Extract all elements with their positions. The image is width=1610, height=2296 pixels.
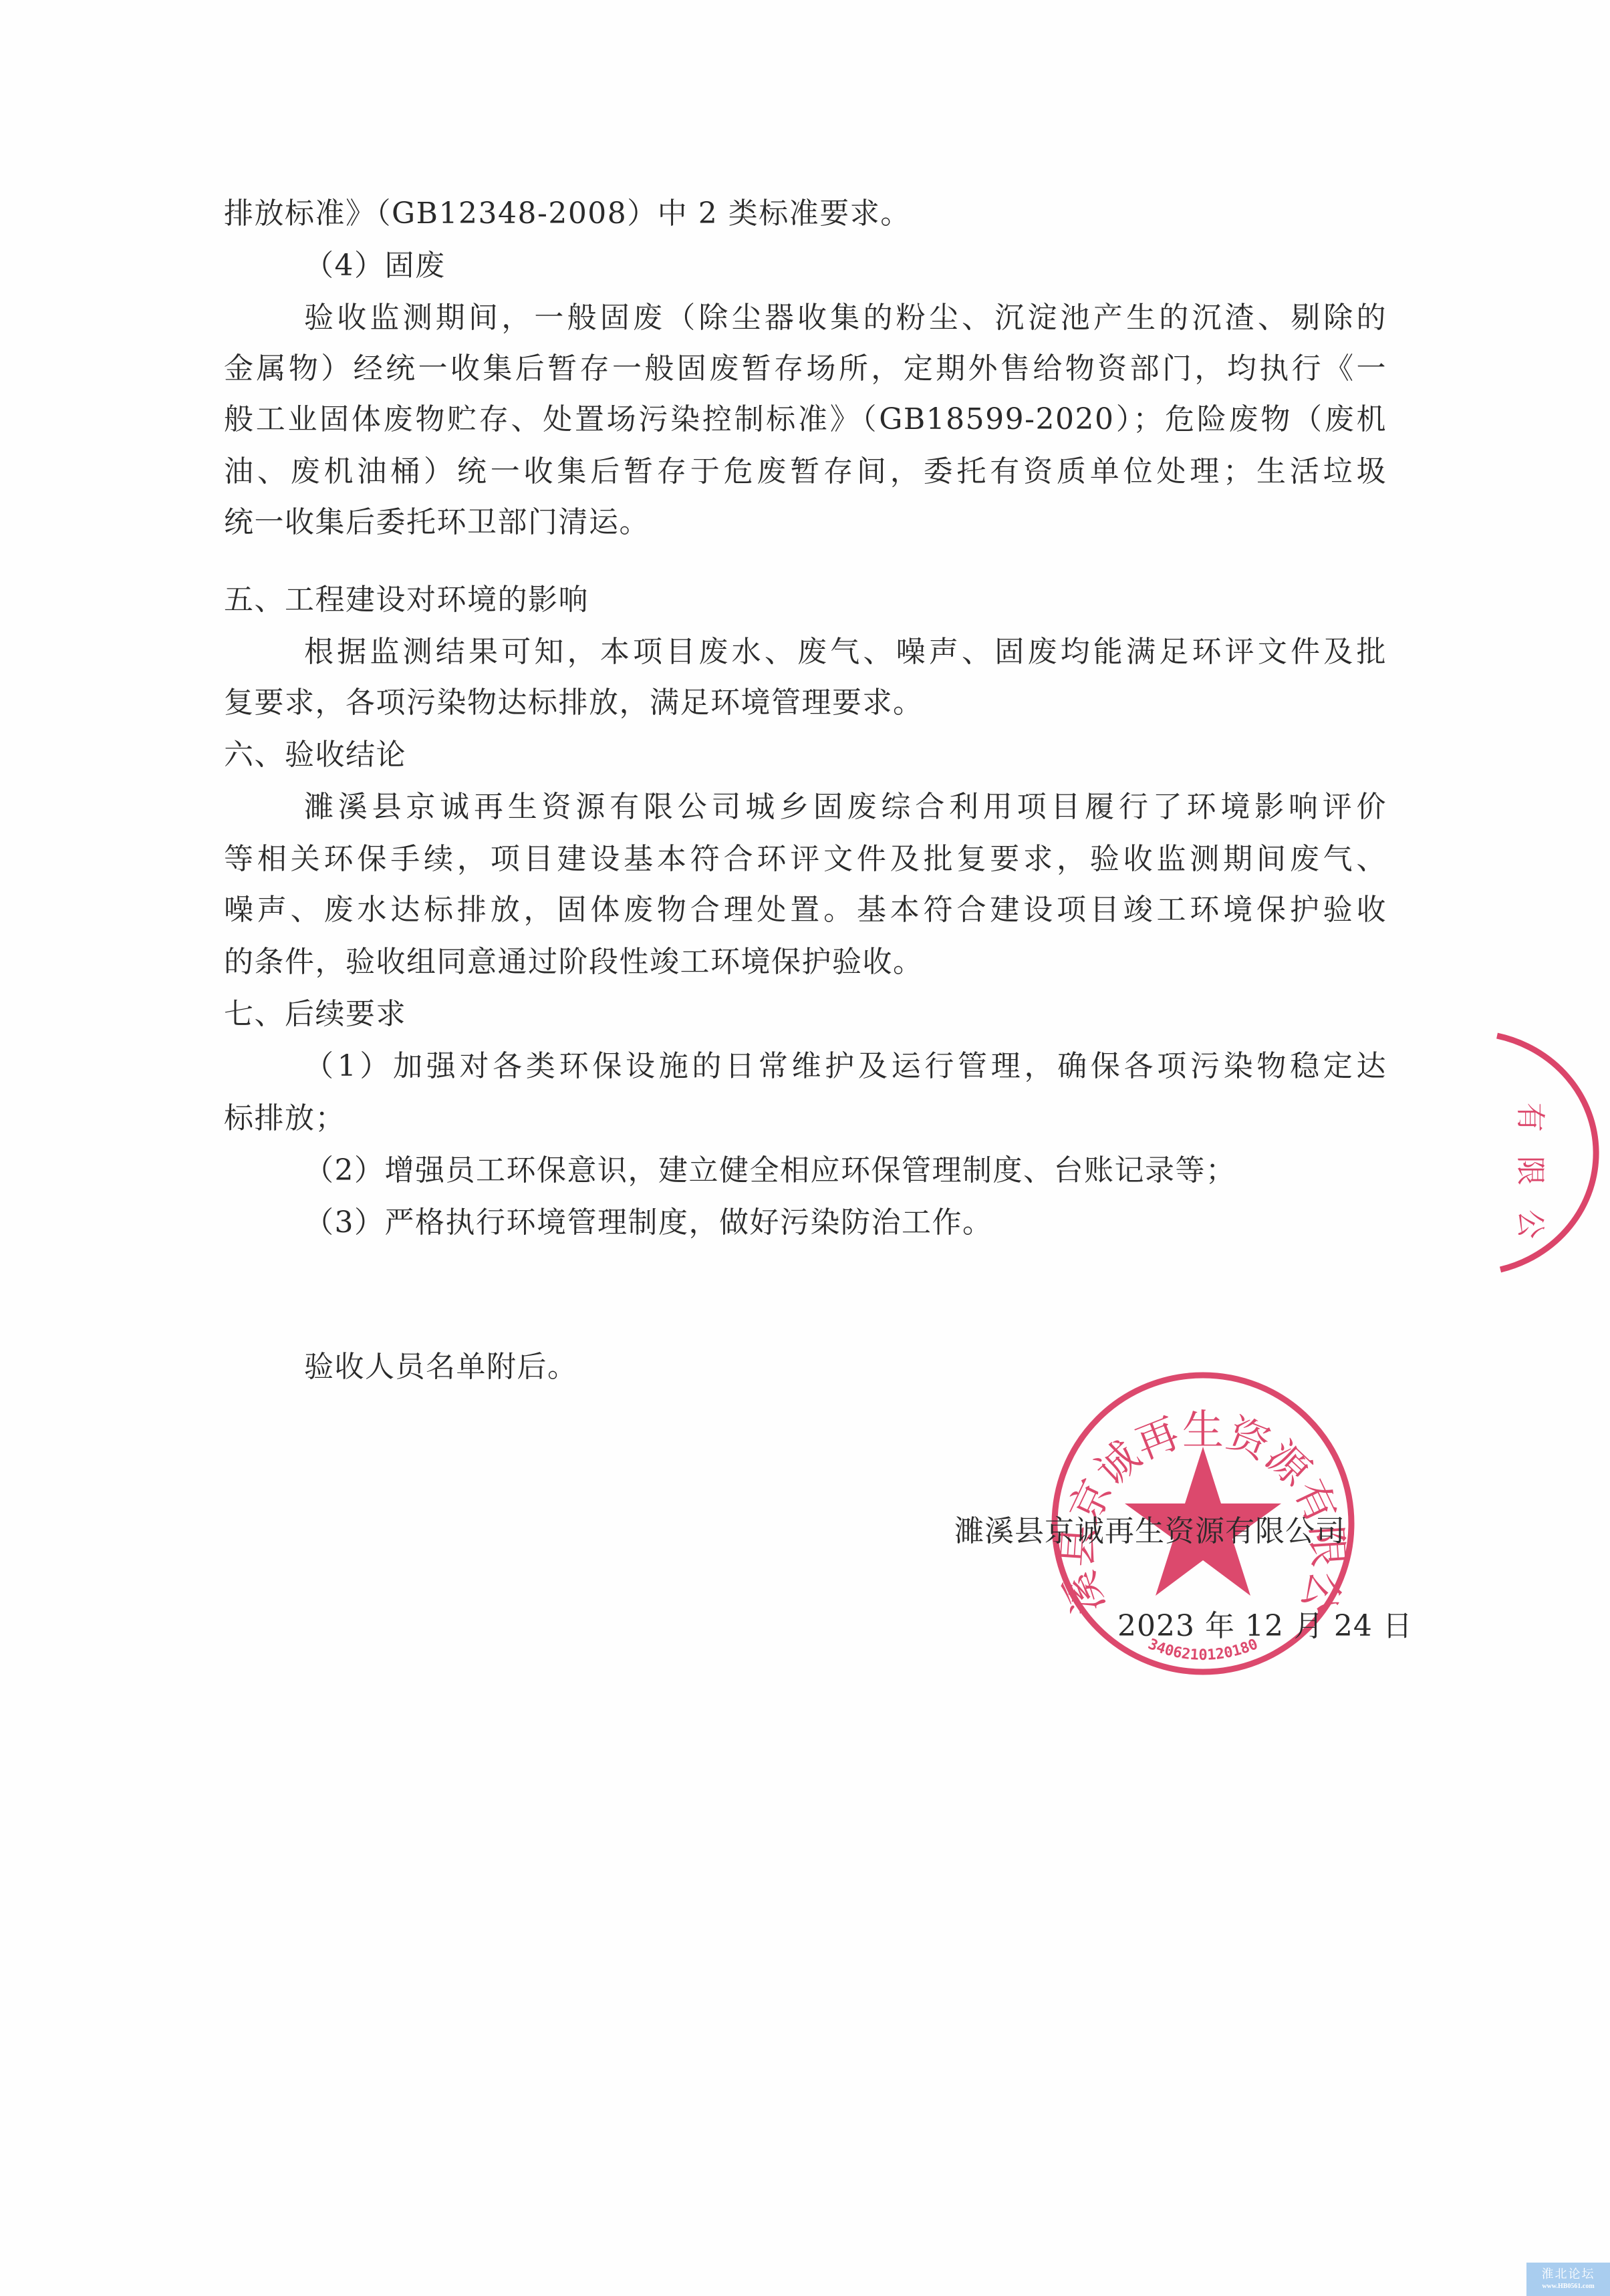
watermark-url: www.HB0561.com <box>1542 2282 1594 2291</box>
svg-text:限: 限 <box>1513 1156 1547 1185</box>
text-line: 油、废机油桶）统一收集后暂存于危废暂存间，委托有资质单位处理；生活垃圾 <box>224 452 1387 492</box>
subsection-heading-solid-waste: （4）固废 <box>304 246 446 286</box>
text-line: 验收监测期间，一般固废（除尘器收集的粉尘、沉淀池产生的沉渣、剔除的 <box>304 298 1387 338</box>
watermark-title: 淮北论坛 <box>1542 2267 1595 2282</box>
forum-watermark: 淮北论坛 www.HB0561.com <box>1526 2263 1610 2296</box>
text-line: 排放标准》（GB12348-2008）中 2 类标准要求。 <box>224 194 911 234</box>
text-line: 复要求，各项污染物达标排放，满足环境管理要求。 <box>224 683 924 723</box>
svg-text:公: 公 <box>1513 1209 1547 1239</box>
signature-date: 2023 年 12 月 24 日 <box>1117 1606 1413 1646</box>
text-line: 根据监测结果可知，本项目废水、废气、噪声、固废均能满足环评文件及批 <box>304 632 1387 672</box>
list-item: （3）严格执行环境管理制度，做好污染防治工作。 <box>304 1203 993 1243</box>
text-line: 标排放； <box>224 1099 346 1139</box>
section-heading-conclusion: 六、验收结论 <box>224 735 406 775</box>
text-line: 等相关环保手续，项目建设基本符合环评文件及批复要求，验收监测期间废气、 <box>224 839 1387 879</box>
section-heading-follow-up: 七、后续要求 <box>224 994 406 1034</box>
attachment-note: 验收人员名单附后。 <box>304 1347 578 1387</box>
text-line: 统一收集后委托环卫部门清运。 <box>224 503 650 543</box>
cross-page-seal-icon: 有 限 公 <box>1494 1029 1610 1276</box>
document-page: 排放标准》（GB12348-2008）中 2 类标准要求。 （4）固废 验收监测… <box>0 0 1610 2296</box>
text-line: 般工业固体废物贮存、处置场污染控制标准》（GB18599-2020）；危险废物（… <box>224 400 1387 440</box>
text-line: 的条件，验收组同意通过阶段性竣工环境保护验收。 <box>224 942 924 982</box>
list-item: （2）增强员工环保意识，建立健全相应环保管理制度、台账记录等； <box>304 1151 1236 1191</box>
signature-company: 濉溪县京诚再生资源有限公司 <box>954 1512 1345 1552</box>
svg-text:有: 有 <box>1513 1103 1547 1132</box>
text-line: 金属物）经统一收集后暂存一般固废暂存场所，定期外售给物资部门，均执行《一 <box>224 349 1387 389</box>
section-heading-environmental-impact: 五、工程建设对环境的影响 <box>224 580 589 620</box>
text-line: 濉溪县京诚再生资源有限公司城乡固废综合利用项目履行了环境影响评价 <box>304 787 1387 827</box>
text-line: 噪声、废水达标排放，固体废物合理处置。基本符合建设项目竣工环境保护验收 <box>224 890 1387 930</box>
list-item: （1）加强对各类环保设施的日常维护及运行管理，确保各项污染物稳定达 <box>304 1046 1387 1087</box>
